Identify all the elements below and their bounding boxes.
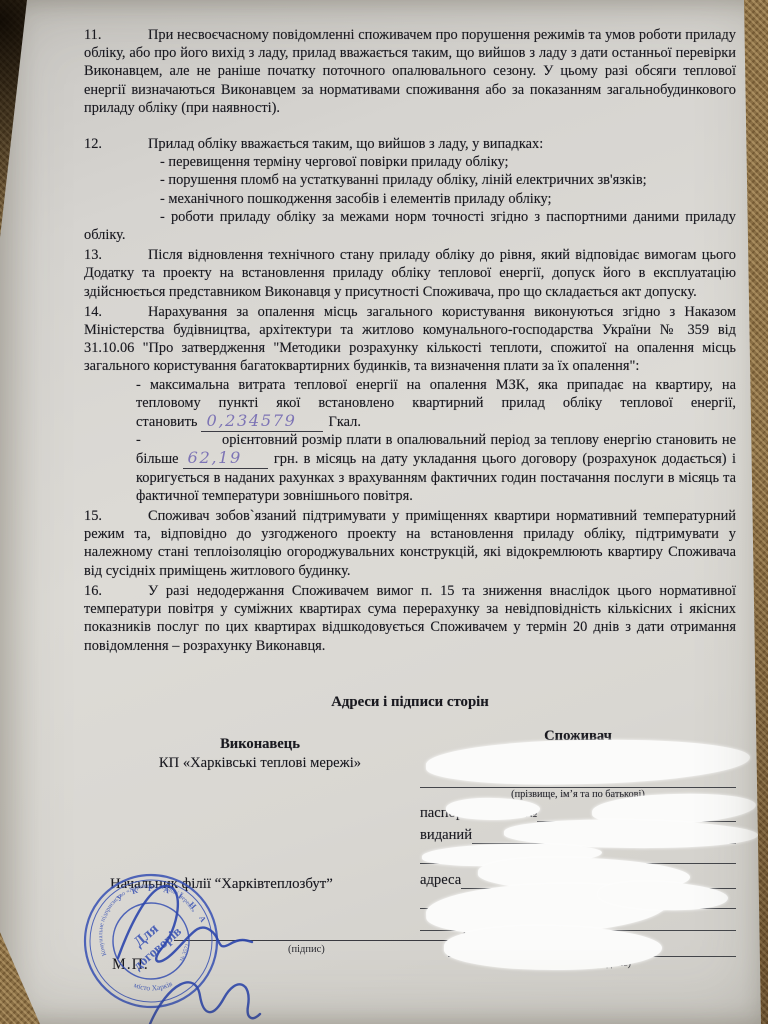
dash: - <box>136 431 222 449</box>
clause-12-bullet: - механічного пошкодження засобів і елем… <box>84 190 736 208</box>
handwritten-value-monthly-fee: 62,19 <box>183 448 268 469</box>
executor-signature-stroke <box>118 886 252 962</box>
clause-number: 12. <box>84 135 148 153</box>
executor-column: Виконавець КП «Харківські теплові мережі… <box>100 736 420 772</box>
clause-text: Прилад обліку вважається таким, що вийшо… <box>148 136 543 152</box>
clause-number: 16. <box>84 582 148 600</box>
clause-number: 11. <box>84 26 148 44</box>
fabric-background: 11.При несвоєчасному повідомленні спожив… <box>0 0 768 1024</box>
clause-12-bullet: - порушення пломб на устаткуванні прилад… <box>84 171 736 189</box>
clause-text: Споживач зобов`язаний підтримувати у при… <box>84 508 736 579</box>
clause-12: 12.Прилад обліку вважається таким, що ви… <box>84 135 736 153</box>
clause-number: 15. <box>84 507 148 525</box>
clause-15: 15.Споживач зобов`язаний підтримувати у … <box>84 507 736 580</box>
sub-unit: Гкал. <box>329 414 361 430</box>
clause-text: При несвоєчасному повідомленні споживаче… <box>84 27 736 116</box>
section-heading: Адреси і підписи сторін <box>84 694 736 711</box>
clause-number: 13. <box>84 246 148 264</box>
company-name: КП «Харківські теплові мережі» <box>100 755 420 772</box>
clause-text: У разі недодержання Споживачем вимог п. … <box>84 583 736 654</box>
clause-12-bullet: - роботи приладу обліку за межами норм т… <box>84 208 736 244</box>
clause-13: 13.Після відновлення технічного стану пр… <box>84 246 736 301</box>
clause-12-bullet: - перевищення терміну чергової повірки п… <box>84 153 736 171</box>
clause-14: 14.Нарахування за опалення місць загальн… <box>84 303 736 376</box>
clause-14-sub-max-heat: - максимальна витрата теплової енергії н… <box>136 376 736 432</box>
clause-text: Нарахування за опалення місць загального… <box>84 304 736 375</box>
bottom-signature-stroke <box>150 982 260 1024</box>
clause-number: 14. <box>84 303 148 321</box>
clause-text: Після відновлення технічного стану прила… <box>84 247 736 299</box>
handwritten-value-max-heat: 0,234579 <box>201 411 322 432</box>
signatures-section: Адреси і підписи сторін Виконавець КП «Х… <box>84 694 736 711</box>
clause-16: 16.У разі недодержання Споживачем вимог … <box>84 582 736 655</box>
executor-title: Виконавець <box>100 736 420 753</box>
clause-11: 11.При несвоєчасному повідомленні спожив… <box>84 26 736 117</box>
signature-ink <box>60 840 480 1024</box>
contract-text-block: 11.При несвоєчасному повідомленні спожив… <box>84 26 736 655</box>
clause-14-sub-monthly-fee: -орієнтовний розмір плати в опалювальний… <box>136 431 736 505</box>
paper-sheet: 11.При несвоєчасному повідомленні спожив… <box>0 0 768 1024</box>
